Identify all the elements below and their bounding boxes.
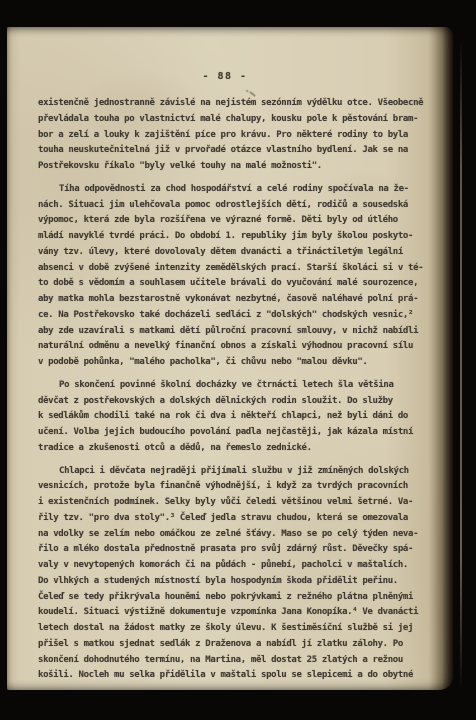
text-line: aby zde uzavírali s matkami dětí půlročn… bbox=[38, 324, 442, 340]
text-line: tradice a zkušenosti otců a dědů, na řem… bbox=[38, 441, 442, 457]
page-edge-highlight bbox=[460, 40, 462, 690]
text-line: vány tzv. úlevy, které dovolovaly dětem … bbox=[38, 245, 442, 261]
text-line: na vdolky se zelím nebo omáčkou ze zelné… bbox=[38, 527, 442, 543]
text-line: řily tzv. "pro dva stoly".³ Čeleď jedla … bbox=[38, 511, 442, 527]
paragraph: existenčně jednostranně závislé na nejis… bbox=[38, 96, 442, 175]
text-line: v podobě pohůnka, "malého pacholka", či … bbox=[38, 355, 442, 371]
text-line: Postřekovsku říkalo "byly velké touhy na… bbox=[38, 159, 442, 175]
document-page: - 88 - existenčně jednostranně závislé n… bbox=[7, 27, 453, 690]
text-line: existenčně jednostranně závislé na nejis… bbox=[38, 96, 442, 112]
text-line: nách. Situaci jim ulehčovala pomoc odros… bbox=[38, 198, 442, 214]
text-line: Tíha odpovědnosti za chod hospodářství a… bbox=[38, 182, 442, 198]
text-line: mládí navyklé tvrdé práci. Do období 1. … bbox=[38, 229, 442, 245]
text-line: Po skončení povinné školní docházky ve č… bbox=[38, 378, 442, 394]
text-line: Do vlhkých a studených místností byla ho… bbox=[38, 574, 442, 590]
text-line: aby matka mohla bezstarostně vykonávat n… bbox=[38, 292, 442, 308]
paragraph: Po skončení povinné školní docházky ve č… bbox=[38, 378, 442, 457]
text-line: učení. Volba jejich budoucího povolání p… bbox=[38, 425, 442, 441]
text-line: řilo a mléko dostala přednostně prasata … bbox=[38, 542, 442, 558]
scanned-book-photo: - 88 - existenčně jednostranně závislé n… bbox=[0, 0, 476, 720]
text-line: koudelí. Situaci výstižně dokumentuje vz… bbox=[38, 605, 442, 621]
body-text: existenčně jednostranně závislé na nejis… bbox=[38, 96, 442, 684]
text-line: košili. Nocleh mu selka přidělila v mašt… bbox=[38, 668, 442, 684]
text-line: naturální odměnu a nevelký finanční obno… bbox=[38, 339, 442, 355]
text-line: k sedlákům chodili také na rok či dva i … bbox=[38, 409, 442, 425]
text-line: bor a zelí a louky k zajištění píce pro … bbox=[38, 128, 442, 144]
text-line: děvčat z postřekovských a dolských dělni… bbox=[38, 394, 442, 410]
paragraph: Chlapci i děvčata nejraději přijímali sl… bbox=[38, 464, 442, 685]
text-line: to době s vědomím a souhlasem učitele br… bbox=[38, 276, 442, 292]
text-line: absenci v době zvýšené intenzity zeměděl… bbox=[38, 261, 442, 277]
text-line: i existenčních podmínek. Selky byly vůči… bbox=[38, 495, 442, 511]
text-line: valy v nevytopených komorách či na půdác… bbox=[38, 558, 442, 574]
text-line: ce. Na Postřekovsko také docházeli sedlá… bbox=[38, 308, 442, 324]
text-line: skončení dohodnutého termínu, na Martina… bbox=[38, 653, 442, 669]
text-line: Chlapci i děvčata nejraději přijímali sl… bbox=[38, 464, 442, 480]
text-line: výpomoc, která zde byla rozšířena ve výr… bbox=[38, 213, 442, 229]
page-curl-shadow bbox=[428, 27, 454, 690]
text-line: přišel s matkou sjednat sedlák z Draženo… bbox=[38, 637, 442, 653]
text-line: Čeleď se tedy přikrývala houněmi nebo po… bbox=[38, 590, 442, 606]
text-line: touha neuskutečnitelná již v prvořadé ot… bbox=[38, 143, 442, 159]
page-number: - 88 - bbox=[37, 71, 413, 82]
text-line: převládala touha po vlastnictví malé cha… bbox=[38, 112, 442, 128]
text-line: vesnicích, protože byla finančně výhodně… bbox=[38, 479, 442, 495]
paragraph: Tíha odpovědnosti za chod hospodářství a… bbox=[38, 182, 442, 371]
text-line: letech dostal na žádost matky ze školy ú… bbox=[38, 621, 442, 637]
